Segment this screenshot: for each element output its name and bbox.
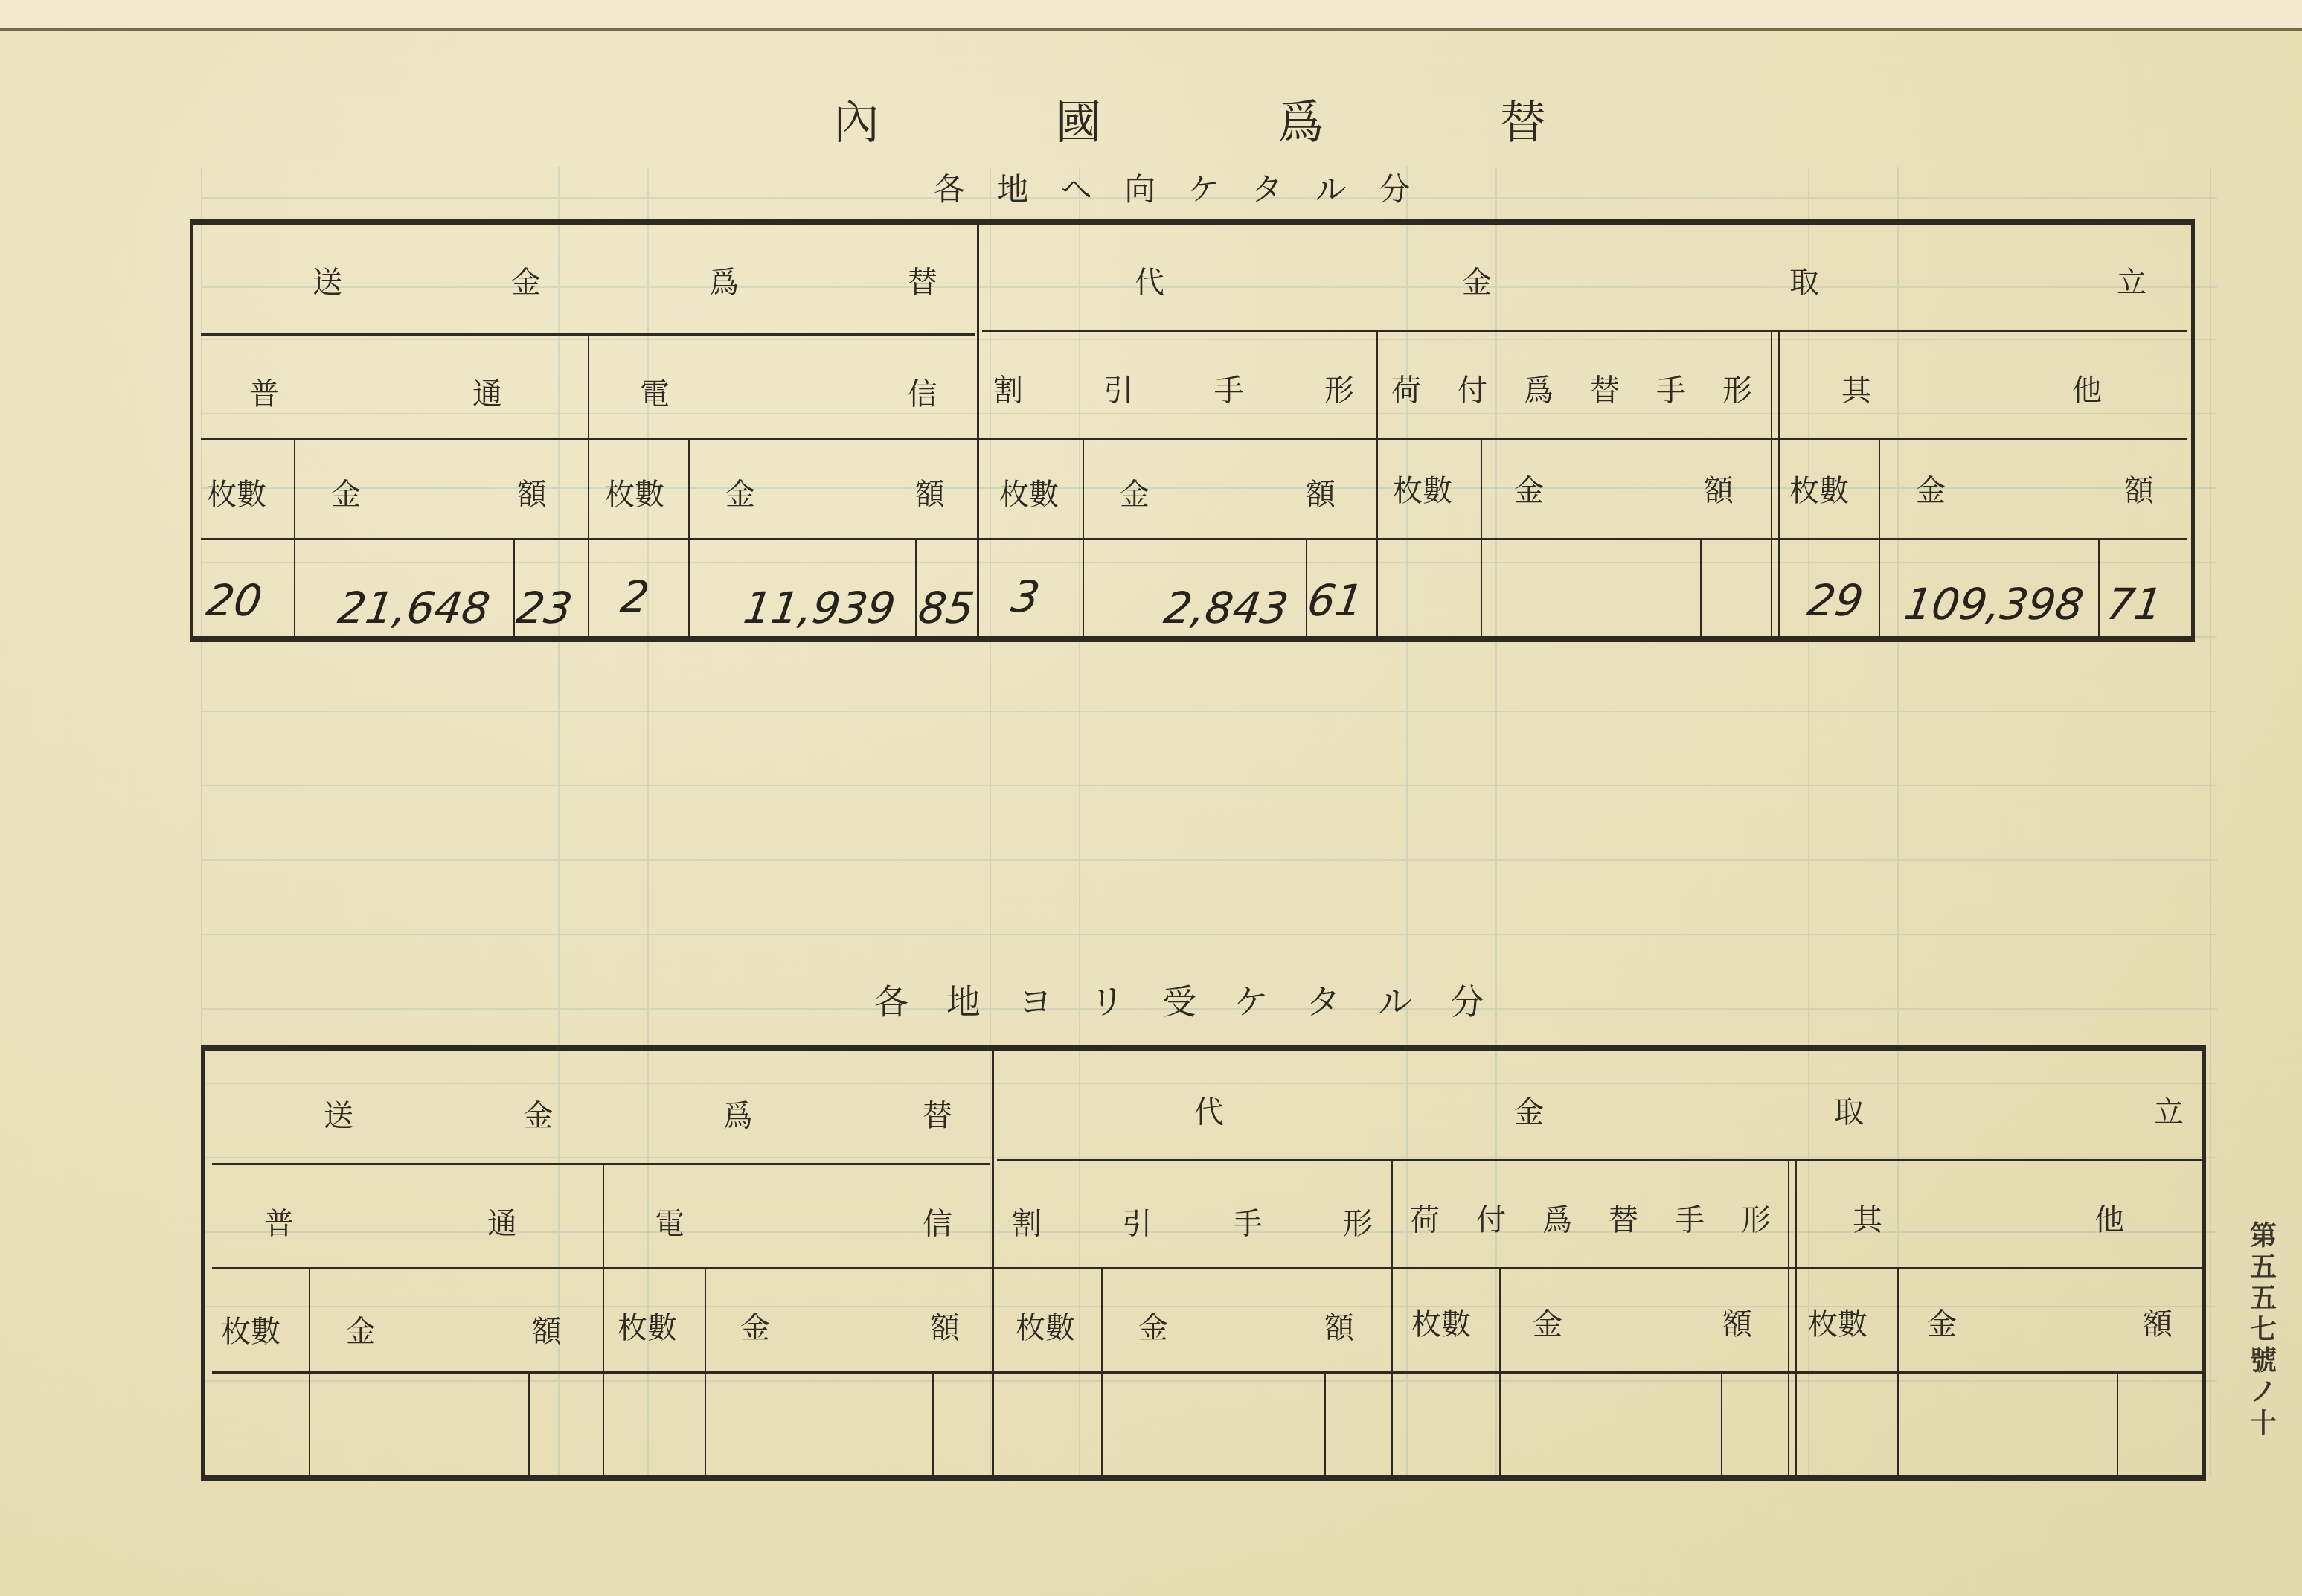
category-telegraphic: 電信 bbox=[655, 1200, 952, 1243]
document-title: 內 國 爲 替 bbox=[833, 86, 1548, 152]
category-telegraphic: 電信 bbox=[640, 371, 937, 413]
col-amount: 金額 bbox=[1927, 1301, 2173, 1343]
col-count: 枚數 bbox=[1808, 1301, 1867, 1343]
subtitle-char: へ bbox=[1061, 165, 1092, 210]
value-count-other: 29 bbox=[1804, 575, 1866, 626]
section-outgoing-subtitle: 各 地 へ 向 ケ タ ル 分 bbox=[934, 165, 1410, 210]
subtitle-char: 受 bbox=[1162, 975, 1196, 1024]
col-count: 枚數 bbox=[1016, 1304, 1075, 1347]
col-amount: 金額 bbox=[1916, 467, 2154, 510]
subtitle-char: 向 bbox=[1124, 165, 1155, 210]
col-count: 枚數 bbox=[221, 1308, 280, 1350]
col-amount: 金額 bbox=[1514, 467, 1734, 510]
category-discounted-bills: 割引 手形 bbox=[1012, 1200, 1373, 1243]
group-header-remittance: 送 金 爲 替 bbox=[324, 1092, 952, 1135]
col-count: 枚數 bbox=[1411, 1301, 1471, 1343]
col-count: 枚數 bbox=[999, 471, 1059, 513]
subtitle-char: タ bbox=[1251, 165, 1283, 210]
category-documentary-bills: 荷付 爲替 手形 bbox=[1410, 1196, 1771, 1239]
subtitle-char: 分 bbox=[1450, 975, 1484, 1024]
col-count: 枚數 bbox=[618, 1304, 677, 1347]
incoming-table: 送 金 爲 替 代 金 取 立 普通 電信 割引 手形 荷付 爲替 手形 其他 … bbox=[201, 1045, 2206, 1481]
subtitle-char: リ bbox=[1090, 975, 1124, 1024]
value-amount-telegraphic: 11,939 bbox=[740, 583, 899, 633]
value-count-telegraphic: 2 bbox=[618, 571, 652, 622]
value-count-discounted: 3 bbox=[1008, 571, 1042, 622]
col-amount: 金額 bbox=[1138, 1304, 1354, 1347]
value-sen-discounted: 61 bbox=[1304, 575, 1366, 626]
subtitle-char: 分 bbox=[1379, 165, 1410, 210]
subtitle-char: 地 bbox=[946, 975, 981, 1024]
col-amount: 金額 bbox=[331, 471, 547, 513]
value-amount-other: 109,398 bbox=[1901, 579, 2086, 629]
group-header-collection: 代 金 取 立 bbox=[1194, 1089, 2184, 1131]
group-header-collection: 代 金 取 立 bbox=[1135, 259, 2146, 301]
value-sen-ordinary: 23 bbox=[513, 583, 575, 633]
value-sen-other: 71 bbox=[2103, 579, 2165, 629]
category-discounted-bills: 割引 手形 bbox=[993, 367, 1354, 409]
subtitle-char: ヨ bbox=[1019, 975, 1053, 1024]
subtitle-char: タ bbox=[1307, 975, 1341, 1024]
subtitle-char: 各 bbox=[934, 165, 965, 210]
category-ordinary: 普通 bbox=[249, 371, 502, 413]
col-amount: 金額 bbox=[1533, 1301, 1752, 1343]
col-amount: 金額 bbox=[740, 1304, 960, 1347]
subtitle-char: 各 bbox=[874, 975, 908, 1024]
col-amount: 金額 bbox=[346, 1308, 562, 1350]
col-amount: 金額 bbox=[1120, 471, 1336, 513]
col-count: 枚數 bbox=[605, 471, 664, 513]
subtitle-char: ル bbox=[1378, 975, 1412, 1024]
category-other: 其他 bbox=[1853, 1196, 2124, 1239]
title-char: 爲 bbox=[1277, 86, 1325, 152]
col-count: 枚數 bbox=[1393, 467, 1452, 510]
title-char: 內 bbox=[833, 86, 881, 152]
value-amount-ordinary: 21,648 bbox=[335, 583, 493, 633]
page-top-edge bbox=[0, 0, 2302, 31]
category-other: 其他 bbox=[1841, 367, 2102, 409]
page-number-note: 第 五 五 七 號 ノ 十 bbox=[2247, 1220, 2280, 1439]
outgoing-table: 送 金 爲 替 代 金 取 立 普通 電信 割引 手形 荷付 爲替 手形 其他 … bbox=[190, 219, 2195, 642]
category-ordinary: 普通 bbox=[264, 1200, 517, 1243]
subtitle-char: ケ bbox=[1234, 975, 1269, 1024]
col-amount: 金額 bbox=[725, 471, 945, 513]
title-char: 替 bbox=[1500, 86, 1548, 152]
subtitle-char: ル bbox=[1315, 165, 1347, 210]
group-header-remittance: 送 金 爲 替 bbox=[312, 259, 937, 301]
section-incoming-subtitle: 各 地 ヨ リ 受 ケ タ ル 分 bbox=[874, 975, 1484, 1024]
value-sen-telegraphic: 85 bbox=[915, 583, 977, 633]
title-char: 國 bbox=[1056, 86, 1103, 152]
category-documentary-bills: 荷付 爲替 手形 bbox=[1391, 367, 1752, 409]
value-count-ordinary: 20 bbox=[203, 575, 265, 626]
subtitle-char: ケ bbox=[1188, 165, 1219, 210]
col-count: 枚數 bbox=[1789, 467, 1849, 510]
value-amount-discounted: 2,843 bbox=[1161, 583, 1292, 633]
subtitle-char: 地 bbox=[997, 165, 1028, 210]
col-count: 枚數 bbox=[207, 471, 266, 513]
